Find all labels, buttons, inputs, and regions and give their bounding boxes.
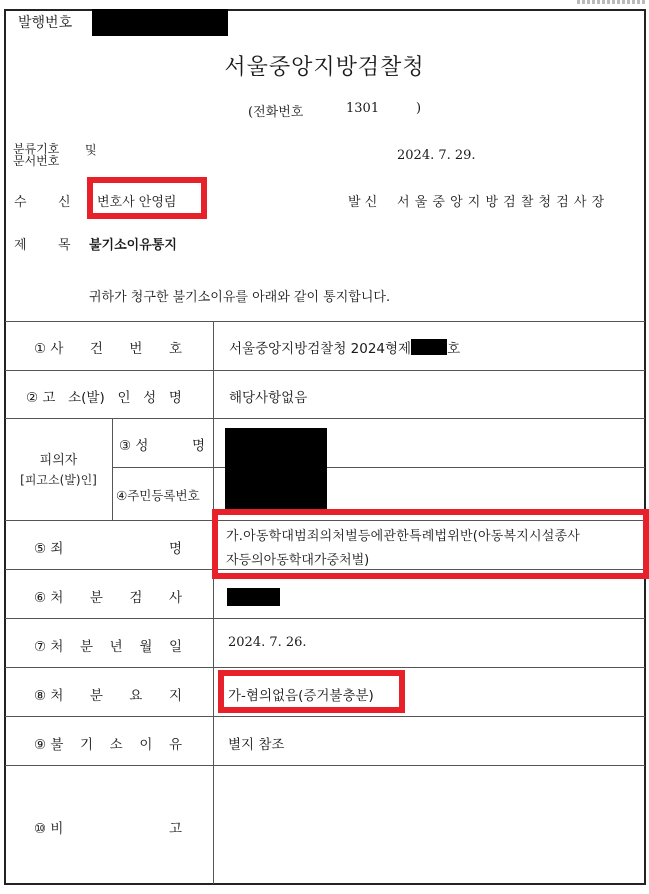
label-char: 이 [139,733,152,753]
row-line [5,370,645,371]
label-char: 소 [110,733,123,753]
suspect-subdivider [112,418,113,520]
label-char: 호 [169,337,182,357]
disposition-summary-value: 가-혐의없음(증거불충분) [228,684,374,704]
row-line [5,618,645,619]
label-char: 고 [169,817,182,837]
agency-title: 서울중앙지방검찰청 [0,50,649,81]
remarks-label: ⑩ 비 고 [34,817,182,837]
column-divider [213,321,214,884]
suspect-name-label: ③ 성 명 [119,434,205,454]
label-char: 요 [129,684,142,704]
row-line [5,418,645,419]
label-char: 월 [139,635,152,655]
label-char: 명 [169,537,182,557]
label-char: ⑦ 처 [34,635,63,655]
case-number-prefix: 서울중앙지방검찰청 2024형제 [229,341,411,357]
label-char: 사 [169,586,182,606]
row-line [5,716,645,717]
classification-label-line2: 문서번호 [13,155,59,167]
complainant-label: ② 고 소(발) 인 성 명 [26,386,182,406]
row-line [112,467,645,468]
label-char: ① 사 [34,337,63,357]
label-char: ⑤ 죄 [34,537,63,557]
classification-and: 및 [85,141,97,158]
label-char: ⑩ 비 [34,817,63,837]
intro-text: 귀하가 청구한 불기소이유를 아래와 같이 통지합니다. [89,286,390,305]
document-date: 2024. 7. 29. [397,148,476,163]
label-char: 명 [169,386,182,406]
non-indictment-reason-value: 별지 참조 [228,733,284,753]
charge-label: ⑤ 죄 명 [34,537,182,557]
label-char: 년 [110,635,123,655]
suspect-info-redaction [225,428,327,510]
case-number-redaction [411,339,447,355]
disposition-date-value: 2024. 7. 26. [228,635,307,650]
row-line [5,765,645,766]
charge-value-line2: 자등의아동학대가중처벌) [226,549,369,568]
row-line [5,667,645,668]
recipient-label-2: 신 [58,191,71,210]
suspect-group-label-1: 피의자 [5,449,112,468]
case-number-suffix: 호 [447,341,460,357]
subject-label-2: 목 [58,234,71,253]
label-char: 건 [90,337,103,357]
case-number-label: ① 사 건 번 호 [34,337,182,357]
phone-open: (전화번호 [248,101,303,120]
suspect-group-label-2: [피고소(발)인] [5,471,112,488]
sender-value: 서 울 중 앙 지 방 검 찰 청 검 사 장 [397,191,605,210]
label-char: 명 [192,434,205,454]
label-char: 일 [169,635,182,655]
charge-value-line1: 가.아동학대범죄의처벌등에관한특례법위반(아동복지시설종사 [226,525,580,544]
issue-number-label: 발행번호 [18,12,72,32]
suspect-rrn-label: ④주민등록번호 [116,486,200,504]
label-char: 분 [90,586,103,606]
subject-value: 불기소이유통지 [89,234,177,253]
row-line [5,321,645,322]
recipient-value: 변호사 안영림 [97,191,176,210]
label-char: ⑧ 처 [34,684,63,704]
case-number-value: 서울중앙지방검찰청 2024형제호 [229,337,460,357]
label-char: 인 [117,386,130,406]
classification-label: 분류기호 문서번호 [13,143,59,167]
label-char: 검 [129,586,142,606]
label-char: 분 [80,635,93,655]
phone-close: ) [416,101,421,116]
label-char: 번 [129,337,142,357]
label-char: 기 [80,733,93,753]
non-indictment-reason-label: ⑨ 불 기 소 이 유 [34,733,182,753]
sender-label: 발 신 [348,191,377,210]
label-char: 분 [90,684,103,704]
subject-label-1: 제 [14,234,27,253]
phone-number: 1301 [346,101,379,116]
label-char: ③ 성 [119,434,148,454]
disposition-date-label: ⑦ 처 분 년 월 일 [34,635,182,655]
prosecutor-redaction [227,588,280,606]
complainant-value: 해당사항없음 [229,386,307,406]
label-char: 유 [169,733,182,753]
label-char: 성 [143,386,156,406]
label-char: 지 [169,684,182,704]
disposition-summary-label: ⑧ 처 분 요 지 [34,684,182,704]
label-char: ⑥ 처 [34,586,63,606]
scan-mark [577,0,647,4]
label-char: ⑨ 불 [34,733,63,753]
label-char: 소(발) [68,386,105,406]
recipient-label-1: 수 [14,191,27,210]
label-char: ② 고 [26,386,55,406]
prosecutor-label: ⑥ 처 분 검 사 [34,586,182,606]
issue-number-redaction [92,9,228,36]
charge-highlight [212,509,649,579]
